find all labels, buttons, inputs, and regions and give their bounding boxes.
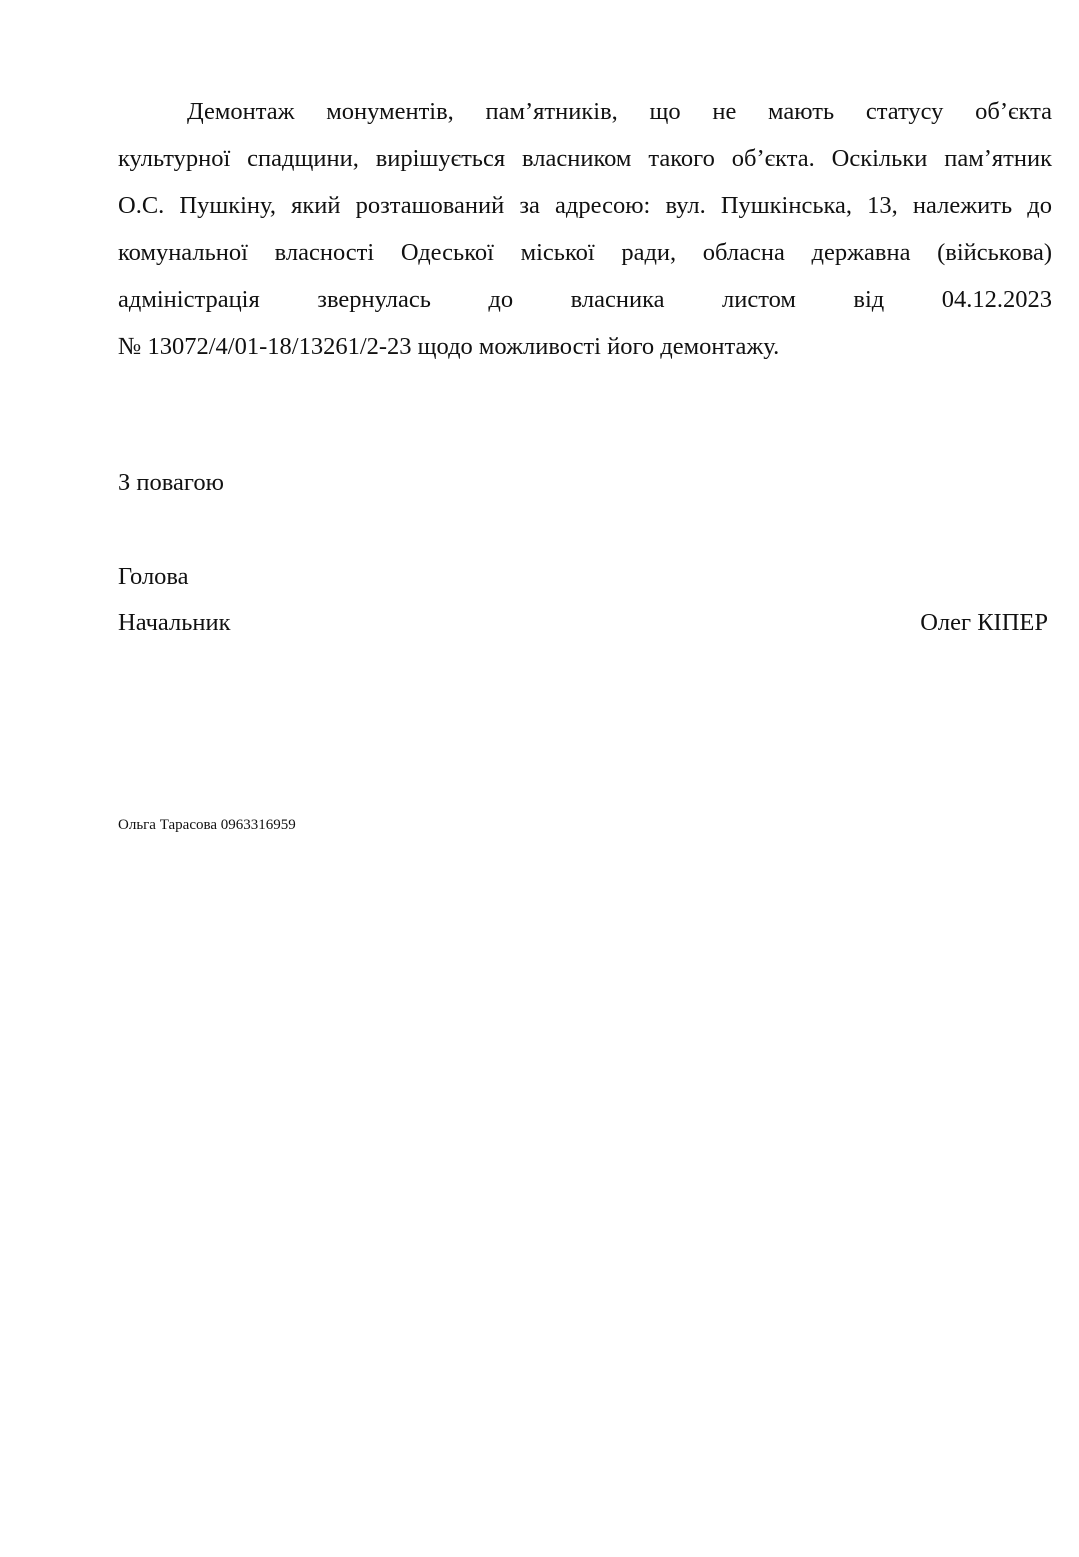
body-line: комунальної власності Одеської міської р… (118, 229, 1052, 276)
body-line: О.С. Пушкіну, який розташований за адрес… (118, 182, 1052, 229)
closing-salutation: З повагою (118, 466, 224, 500)
body-line: адміністрація звернулась до власника лис… (118, 276, 1052, 323)
signatory-name: Олег КІПЕР (920, 606, 1048, 640)
signatory-title-chief: Начальник (118, 606, 231, 640)
executor-contact: Ольга Тарасова 0963316959 (118, 814, 296, 836)
body-line: Демонтаж монументів, пам’ятників, що не … (118, 88, 1052, 135)
letter-body-paragraph: Демонтаж монументів, пам’ятників, що не … (118, 88, 1052, 370)
body-line: № 13072/4/01-18/13261/2-23 щодо можливос… (118, 323, 1052, 370)
document-page: Демонтаж монументів, пам’ятників, що не … (0, 0, 1079, 1557)
body-line: культурної спадщини, вирішується власник… (118, 135, 1052, 182)
signatory-title-head: Голова (118, 560, 189, 594)
